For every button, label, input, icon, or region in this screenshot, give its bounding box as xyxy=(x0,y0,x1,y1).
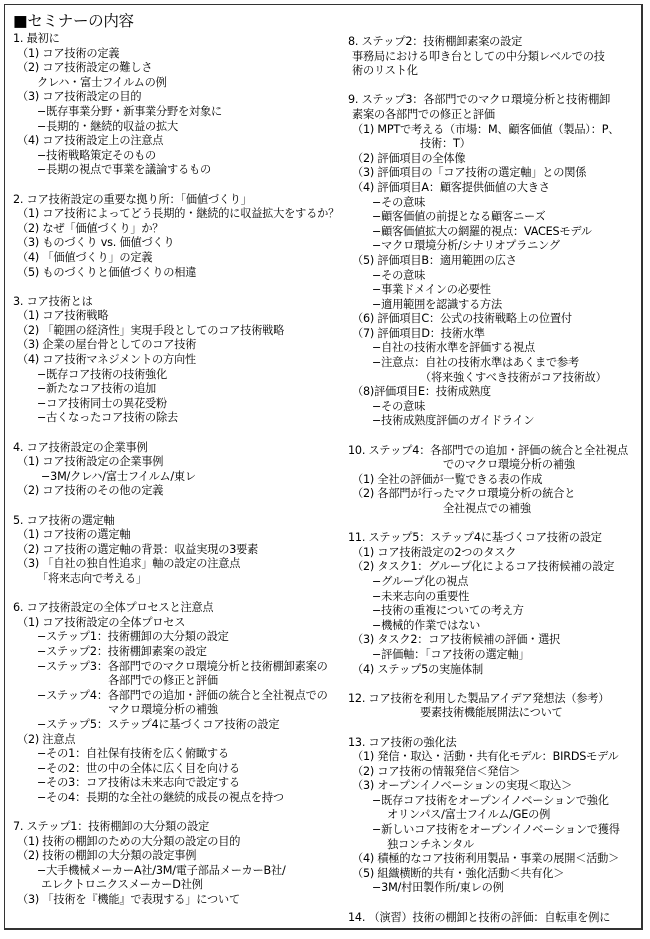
outline-item: （4) ステップ5の実施体制 xyxy=(348,663,643,678)
outline-item: −既存コア技術をオープンイノベーションで強化 xyxy=(348,794,643,809)
outline-item: −3M/クレハ/富士フイルム/東レ xyxy=(13,470,331,485)
outline-item: −自社の技術水準を評価する視点 xyxy=(348,341,643,356)
spacer xyxy=(348,721,643,736)
section-heading: 4. コア技術設定の企業事例 xyxy=(13,441,331,456)
outline-item: 要素技術機能展開法について xyxy=(348,706,643,721)
outline-item: （1) MPTで考える（市場：M、顧客価値（製品）：P、 xyxy=(348,123,643,138)
outline-item: （3) オープンイノベーションの実現＜取込＞ xyxy=(348,779,643,794)
outline-item: −既存事業分野・新事業分野を対象に xyxy=(13,105,331,120)
outline-item: 各部門での修正と評価 xyxy=(13,674,331,689)
outline-item: （6) 評価項目C：公式の技術戦略上の位置付 xyxy=(348,312,643,327)
outline-item: （5) 評価項目B：適用範囲の広さ xyxy=(348,254,643,269)
outline-item: （5) 組織横断的共有・強化活動＜共有化＞ xyxy=(348,867,643,882)
outline-item: （8)評価項目E：技術成熟度 xyxy=(348,385,643,400)
outline-item: マクロ環境分析の補強 xyxy=(13,703,331,718)
outline-item: −新しいコア技術をオープンイノベーションで獲得 xyxy=(348,823,643,838)
outline-item: −ステップ4：各部門での追加・評価の統合と全社視点での xyxy=(13,689,331,704)
outline-item: （2) コア技術の選定軸の背景：収益実現の3要素 xyxy=(13,543,331,558)
outline-item: （3) 「技術を『機能』で表現する」について xyxy=(13,893,331,908)
outline-item: −その1：自社保有技術を広く俯瞰する xyxy=(13,747,331,762)
outline-item: （1) コア技術の選定軸 xyxy=(13,528,331,543)
outline-item: −コア技術同士の異花受粉 xyxy=(13,397,331,412)
outline-item: （2) タスク1：グループ化によるコア技術候補の設定 xyxy=(348,560,643,575)
outline-item: （2) 技術の棚卸の大分類の設定事例 xyxy=(13,849,331,864)
outline-item: −ステップ2：技術棚卸素案の設定 xyxy=(13,645,331,660)
outline-item: −機械的作業ではない xyxy=(348,619,643,634)
outline-item: 事務局における叩き台としての中分類レベルでの技 xyxy=(348,50,643,65)
page-title: ■セミナーの内容 xyxy=(13,11,134,31)
left-column: 1. 最初に（1) コア技術の定義（2) コア技術設定の難しさクレハ・富士フイル… xyxy=(13,32,331,908)
outline-item: −大手機械メーカーA社/3M/電子部品メーカーB社/ xyxy=(13,864,331,879)
spacer xyxy=(13,587,331,602)
outline-item: （2) 評価項目の全体像 xyxy=(348,152,643,167)
outline-item: エレクトロニクスメーカーD社例 xyxy=(13,878,331,893)
spacer xyxy=(348,79,643,94)
outline-item: −既存コア技術の技術強化 xyxy=(13,368,331,383)
outline-item: オリンパス/富士フイルム/GEの例 xyxy=(348,808,643,823)
outline-item: （1) コア技術設定の全体プロセス xyxy=(13,616,331,631)
outline-item: −その4：長期的な全社の継続的成長の視点を持つ xyxy=(13,791,331,806)
section-heading: 3. コア技術とは xyxy=(13,295,331,310)
outline-item: （3) タスク2：コア技術候補の評価・選択 xyxy=(348,633,643,648)
outline-item: （1) コア技術戦略 xyxy=(13,309,331,324)
outline-item: （2) コア技術設定の難しさ xyxy=(13,61,331,76)
outline-item: −古くなったコア技術の除去 xyxy=(13,411,331,426)
outline-item: 「将来志向で考える」 xyxy=(13,572,331,587)
outline-item: −グループ化の視点 xyxy=(348,575,643,590)
spacer xyxy=(13,178,331,193)
outline-item: （3) 「自社の独自性追求」軸の設定の注意点 xyxy=(13,557,331,572)
outline-item: −新たなコア技術の追加 xyxy=(13,382,331,397)
outline-item: （2) 各部門が行ったマクロ環境分析の統合と xyxy=(348,487,643,502)
section-heading: 5. コア技術の選定軸 xyxy=(13,514,331,529)
outline-item: （4) コア技術設定上の注意点 xyxy=(13,134,331,149)
outline-item: （3) 評価項目の「コア技術の選定軸」との関係 xyxy=(348,166,643,181)
outline-item: −技術成熟度評価のガイドライン xyxy=(348,414,643,429)
outline-item: （2) コア技術の情報発信＜発信＞ xyxy=(348,765,643,780)
outline-item: クレハ・富士フイルムの例 xyxy=(13,76,331,91)
outline-item: −ステップ1：技術棚卸の大分類の設定 xyxy=(13,630,331,645)
outline-item: −事業ドメインの必要性 xyxy=(348,283,643,298)
outline-item: −未来志向の重要性 xyxy=(348,590,643,605)
outline-item: （4) 評価項目A：顧客提供価値の大きさ xyxy=(348,181,643,196)
outline-item: （3) ものづくり vs. 価値づくり xyxy=(13,236,331,251)
outline-item: −評価軸：「コア技術の選定軸」 xyxy=(348,648,643,663)
outline-item: 術のリスト化 xyxy=(348,64,643,79)
outline-item: （3) コア技術設定の目的 xyxy=(13,90,331,105)
spacer xyxy=(348,896,643,911)
outline-item: 全社視点での補強 xyxy=(348,502,643,517)
spacer xyxy=(348,517,643,532)
outline-item: −長期の視点で事業を議論するもの xyxy=(13,163,331,178)
outline-item: （1) コア技術設定の企業事例 xyxy=(13,455,331,470)
outline-item: （将来強くすべき技術がコア技術故） xyxy=(348,371,643,386)
section-heading: 8. ステップ2：技術棚卸素案の設定 xyxy=(348,35,643,50)
spacer xyxy=(13,805,331,820)
outline-item: （1) コア技術によってどう長期的・継続的に収益拡大をするか？ xyxy=(13,207,331,222)
outline-item: 素案の各部門での修正と評価 xyxy=(348,108,643,123)
outline-item: （1) コア技術の定義 xyxy=(13,47,331,62)
outline-item: −顧客価値の前提となる顧客ニーズ xyxy=(348,210,643,225)
outline-item: −その意味 xyxy=(348,196,643,211)
outline-item: −3M/村田製作所/東レの例 xyxy=(348,881,643,896)
outline-item: （3) 企業の屋台骨としてのコア技術 xyxy=(13,338,331,353)
outline-item: −適用範囲を認識する方法 xyxy=(348,298,643,313)
outline-item: −長期的・継続的収益の拡大 xyxy=(13,120,331,135)
outline-item: −ステップ3：各部門でのマクロ環境分析と技術棚卸素案の xyxy=(13,660,331,675)
section-heading: 12. コア技術を利用した製品アイデア発想法（参考） xyxy=(348,692,643,707)
outline-item: （2) 「範囲の経済性」実現手段としてのコア技術戦略 xyxy=(13,324,331,339)
section-heading: 2. コア技術設定の重要な拠り所：「価値づくり」 xyxy=(13,193,331,208)
outline-item: （4) 積極的なコア技術利用製品・事業の展開＜活動＞ xyxy=(348,852,643,867)
outline-item: でのマクロ環境分析の補強 xyxy=(348,458,643,473)
outline-item: （4) コア技術マネジメントの方向性 xyxy=(13,353,331,368)
section-heading: 10. ステップ4：各部門での追加・評価の統合と全社視点 xyxy=(348,444,643,459)
outline-item: （1) 発信・取込・活動・共有化モデル：BIRDSモデル xyxy=(348,750,643,765)
outline-item: （2) 注意点 xyxy=(13,733,331,748)
outline-item: 独コンチネンタル xyxy=(348,838,643,853)
outline-item: （2) コア技術のその他の定義 xyxy=(13,484,331,499)
section-heading: 11. ステップ5：ステップ4に基づくコア技術の設定 xyxy=(348,531,643,546)
spacer xyxy=(13,426,331,441)
outline-item: （1) コア技術設定の2つのタスク xyxy=(348,546,643,561)
section-heading: 6. コア技術設定の全体プロセスと注意点 xyxy=(13,601,331,616)
outline-item: −マクロ環境分析/シナリオプラニング xyxy=(348,239,643,254)
section-heading: 13. コア技術の強化法 xyxy=(348,736,643,751)
outline-item: −その意味 xyxy=(348,269,643,284)
outline-item: −技術の重複についての考え方 xyxy=(348,604,643,619)
outline-item: −その2：世の中の全体に広く目を向ける xyxy=(13,762,331,777)
outline-item: （1) 全社の評価が一覧できる表の作成 xyxy=(348,473,643,488)
outline-item: 技術：T） xyxy=(348,137,643,152)
outline-item: −ステップ5：ステップ4に基づくコア技術の設定 xyxy=(13,718,331,733)
outline-item: （7) 評価項目D：技術水準 xyxy=(348,327,643,342)
section-heading: 7. ステップ1：技術棚卸の大分類の設定 xyxy=(13,820,331,835)
outline-item: （1) 技術の棚卸のための大分類の設定の目的 xyxy=(13,835,331,850)
section-heading: 9. ステップ3：各部門でのマクロ環境分析と技術棚卸 xyxy=(348,93,643,108)
outline-item: −顧客価値拡大の網羅的視点：VACESモデル xyxy=(348,225,643,240)
outline-item: −技術戦略策定そのもの xyxy=(13,149,331,164)
spacer xyxy=(13,280,331,295)
section-heading: 14. （演習）技術の棚卸と技術の評価：自転車を例に xyxy=(348,911,643,926)
outline-item: −その3：コア技術は未来志向で設定する xyxy=(13,776,331,791)
right-column: 8. ステップ2：技術棚卸素案の設定事務局における叩き台としての中分類レベルでの… xyxy=(348,35,643,925)
outline-item: （4) 「価値づくり」の定義 xyxy=(13,251,331,266)
spacer xyxy=(348,677,643,692)
outline-item: −その意味 xyxy=(348,400,643,415)
outline-item: −注意点：自社の技術水準はあくまで参考 xyxy=(348,356,643,371)
outline-item: （2) なぜ「価値づくり」か？ xyxy=(13,222,331,237)
section-heading: 1. 最初に xyxy=(13,32,331,47)
spacer xyxy=(13,499,331,514)
outline-item: （5) ものづくりと価値づくりの相違 xyxy=(13,266,331,281)
spacer xyxy=(348,429,643,444)
